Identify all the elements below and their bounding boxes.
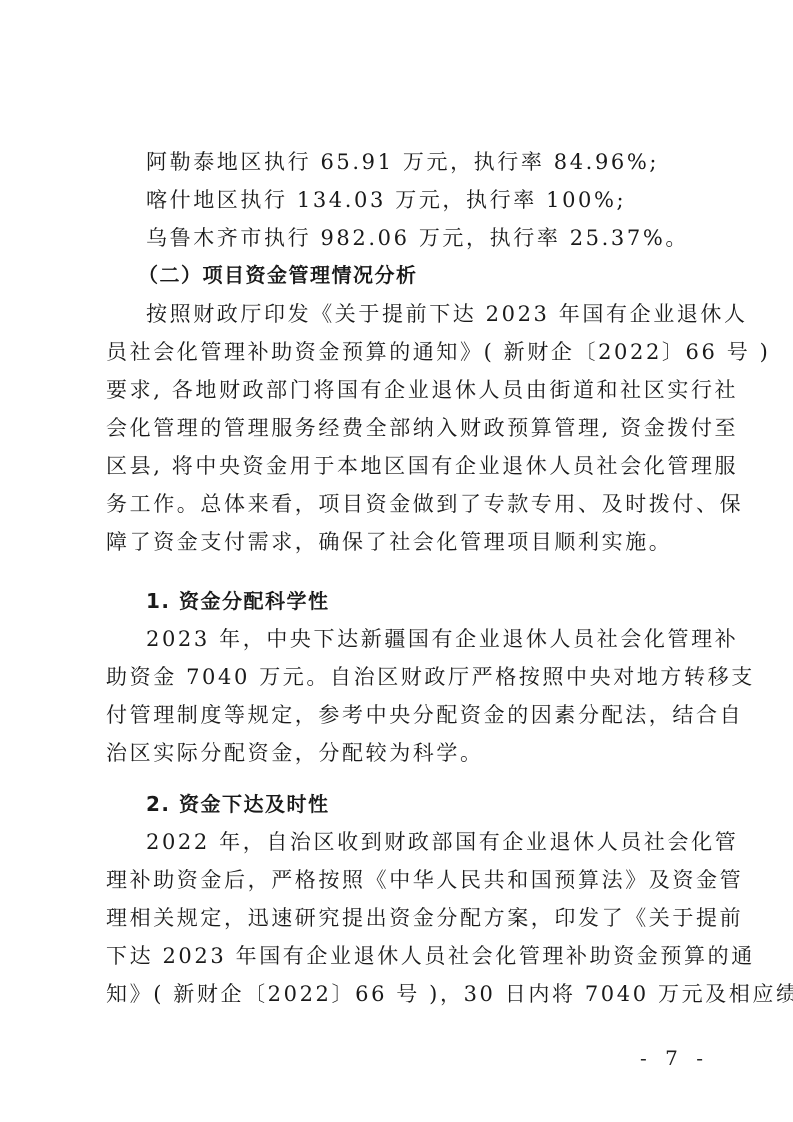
- paragraph-line: 区县, 将中央资金用于本地区国有企业退休人员社会化管理服: [106, 452, 690, 480]
- paragraph-line: 下达 2023 年国有企业退休人员社会化管理补助资金预算的通: [106, 942, 690, 970]
- execution-line-urumqi: 乌鲁木齐市执行 982.06 万元，执行率 25.37%。: [146, 224, 690, 252]
- paragraph-line: 知》( 新财企〔2022〕66 号 )，30 日内将 7040 万元及相应绩效: [106, 980, 690, 1008]
- paragraph-line: 2023 年，中央下达新疆国有企业退休人员社会化管理补: [146, 625, 690, 653]
- paragraph-line: 务工作。总体来看，项目资金做到了专款专用、及时拨付、保: [106, 490, 690, 518]
- paragraph-line: 会化管理的管理服务经费全部纳入财政预算管理, 资金拨付至: [106, 414, 690, 442]
- subheading-timeliness: 2. 资金下达及时性: [146, 790, 730, 818]
- paragraph-line: 付管理制度等规定，参考中央分配资金的因素分配法，结合自: [106, 701, 690, 729]
- execution-line-altay: 阿勒泰地区执行 65.91 万元，执行率 84.96%;: [146, 148, 690, 176]
- paragraph-line: 要求, 各地财政部门将国有企业退休人员由街道和社区实行社: [106, 376, 690, 404]
- paragraph-line: 2022 年，自治区收到财政部国有企业退休人员社会化管: [146, 828, 690, 856]
- paragraph-line: 助资金 7040 万元。自治区财政厅严格按照中央对地方转移支: [106, 663, 690, 691]
- paragraph-line: 障了资金支付需求，确保了社会化管理项目顺利实施。: [106, 528, 690, 556]
- paragraph-line: 理相关规定，迅速研究提出资金分配方案，印发了《关于提前: [106, 904, 690, 932]
- paragraph-line: 按照财政厅印发《关于提前下达 2023 年国有企业退休人: [146, 300, 690, 328]
- section-heading: （二）项目资金管理情况分析: [138, 261, 722, 289]
- page-number: - 7 -: [640, 1046, 709, 1070]
- paragraph-line: 理补助资金后，严格按照《中华人民共和国预算法》及资金管: [106, 866, 690, 894]
- execution-line-kashgar: 喀什地区执行 134.03 万元，执行率 100%;: [146, 186, 690, 214]
- paragraph-line: 治区实际分配资金，分配较为科学。: [106, 739, 690, 767]
- document-page: 阿勒泰地区执行 65.91 万元，执行率 84.96%; 喀什地区执行 134.…: [0, 0, 793, 1122]
- paragraph-line: 员社会化管理补助资金预算的通知》( 新财企〔2022〕66 号 ): [106, 338, 690, 366]
- subheading-allocation: 1. 资金分配科学性: [146, 587, 730, 615]
